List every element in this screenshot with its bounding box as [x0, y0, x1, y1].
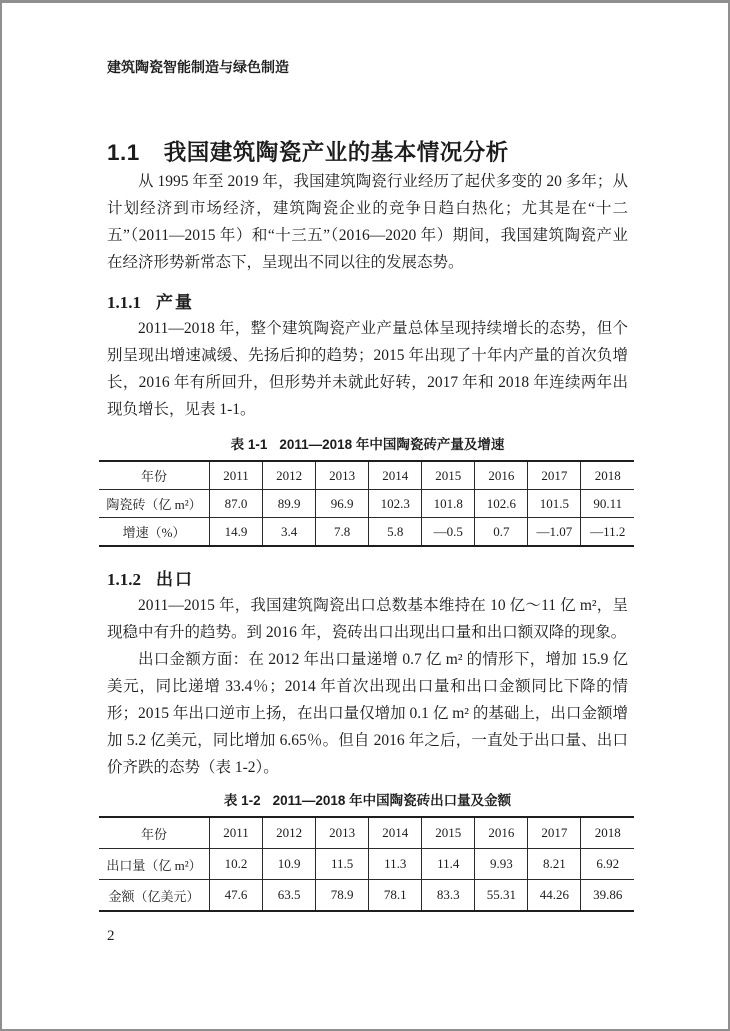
page-content: 建筑陶瓷智能制造与绿色制造 1.1我国建筑陶瓷产业的基本情况分析 从 1995 …	[2, 59, 728, 947]
row-label: 增速（%）	[99, 518, 210, 547]
column-header: 2014	[369, 817, 422, 849]
column-header: 2015	[422, 817, 475, 849]
row-label: 陶瓷砖（亿 m²）	[99, 490, 210, 518]
column-header: 2012	[263, 817, 316, 849]
column-header: 2012	[263, 461, 316, 490]
column-header: 2016	[475, 817, 528, 849]
cell: 89.9	[263, 490, 316, 518]
cell: 87.0	[210, 490, 263, 518]
cell: 8.21	[528, 849, 581, 880]
production-paragraph: 2011—2018 年，整个建筑陶瓷产业产量总体呈现持续增长的态势，但个别呈现出…	[107, 315, 628, 423]
column-header: 2011	[210, 817, 263, 849]
table-1-1-header-row: 年份 2011 2012 2013 2014 2015 2016 2017 20…	[99, 461, 634, 490]
column-header: 2017	[528, 817, 581, 849]
cell: 3.4	[263, 518, 316, 547]
cell: 39.86	[581, 880, 634, 912]
table-row: 陶瓷砖（亿 m²） 87.0 89.9 96.9 102.3 101.8 102…	[99, 490, 634, 518]
table-1-2-header-row: 年份 2011 2012 2013 2014 2015 2016 2017 20…	[99, 817, 634, 849]
column-header: 2014	[369, 461, 422, 490]
cell: 102.3	[369, 490, 422, 518]
cell: 78.1	[369, 880, 422, 912]
cell: 6.92	[581, 849, 634, 880]
cell: 5.8	[369, 518, 422, 547]
subsection-number: 1.1.1	[107, 293, 141, 312]
row-label: 出口量（亿 m²）	[99, 849, 210, 880]
subsection-heading-export: 1.1.2出口	[107, 567, 628, 592]
table-1-1-caption: 表 1-12011—2018 年中国陶瓷砖产量及增速	[107, 436, 628, 454]
running-head: 建筑陶瓷智能制造与绿色制造	[107, 59, 628, 76]
export-paragraph-2: 出口金额方面：在 2012 年出口量递增 0.7 亿 m² 的情形下，增加 15…	[107, 646, 628, 781]
export-paragraph-1: 2011—2015 年，我国建筑陶瓷出口总数基本维持在 10 亿～11 亿 m²…	[107, 592, 628, 646]
cell: —0.5	[422, 518, 475, 547]
column-header: 2018	[581, 461, 634, 490]
cell: 47.6	[210, 880, 263, 912]
cell: 11.5	[316, 849, 369, 880]
cell: 44.26	[528, 880, 581, 912]
column-header: 年份	[99, 817, 210, 849]
cell: 10.9	[263, 849, 316, 880]
cell: 78.9	[316, 880, 369, 912]
table-1-1-title: 2011—2018 年中国陶瓷砖产量及增速	[279, 437, 504, 452]
subsection-number: 1.1.2	[107, 570, 141, 589]
cell: 11.4	[422, 849, 475, 880]
intro-paragraph: 从 1995 年至 2019 年，我国建筑陶瓷行业经历了起伏多变的 20 多年；…	[107, 168, 628, 276]
column-header: 年份	[99, 461, 210, 490]
table-1-2-label: 表 1-2	[224, 793, 261, 808]
table-1-2-title: 2011—2018 年中国陶瓷砖出口量及金额	[273, 793, 512, 808]
subsection-heading-output: 1.1.1产量	[107, 290, 628, 315]
table-row: 金额（亿美元） 47.6 63.5 78.9 78.1 83.3 55.31 4…	[99, 880, 634, 912]
cell: 9.93	[475, 849, 528, 880]
cell: 0.7	[475, 518, 528, 547]
table-row: 出口量（亿 m²） 10.2 10.9 11.5 11.3 11.4 9.93 …	[99, 849, 634, 880]
column-header: 2015	[422, 461, 475, 490]
column-header: 2016	[475, 461, 528, 490]
row-label: 金额（亿美元）	[99, 880, 210, 912]
table-1-1-label: 表 1-1	[231, 437, 268, 452]
cell: 101.5	[528, 490, 581, 518]
table-row: 增速（%） 14.9 3.4 7.8 5.8 —0.5 0.7 —1.07 —1…	[99, 518, 634, 547]
cell: 90.11	[581, 490, 634, 518]
cell: —11.2	[581, 518, 634, 547]
column-header: 2013	[316, 461, 369, 490]
cell: 63.5	[263, 880, 316, 912]
cell: 101.8	[422, 490, 475, 518]
cell: 7.8	[316, 518, 369, 547]
column-header: 2013	[316, 817, 369, 849]
section-number: 1.1	[107, 140, 140, 165]
section-heading: 1.1我国建筑陶瓷产业的基本情况分析	[107, 138, 628, 168]
table-1-2-caption: 表 1-22011—2018 年中国陶瓷砖出口量及金额	[107, 792, 628, 810]
column-header: 2011	[210, 461, 263, 490]
book-page: 建筑陶瓷智能制造与绿色制造 1.1我国建筑陶瓷产业的基本情况分析 从 1995 …	[0, 0, 730, 1031]
cell: —1.07	[528, 518, 581, 547]
cell: 83.3	[422, 880, 475, 912]
table-1-2: 年份 2011 2012 2013 2014 2015 2016 2017 20…	[99, 816, 634, 912]
cell: 11.3	[369, 849, 422, 880]
column-header: 2017	[528, 461, 581, 490]
cell: 10.2	[210, 849, 263, 880]
page-number: 2	[107, 926, 628, 947]
cell: 55.31	[475, 880, 528, 912]
cell: 14.9	[210, 518, 263, 547]
section-title-text: 我国建筑陶瓷产业的基本情况分析	[164, 140, 509, 165]
subsection-title-text: 产量	[156, 293, 194, 312]
cell: 96.9	[316, 490, 369, 518]
cell: 102.6	[475, 490, 528, 518]
table-1-1: 年份 2011 2012 2013 2014 2015 2016 2017 20…	[99, 460, 634, 547]
subsection-title-text: 出口	[156, 570, 194, 589]
column-header: 2018	[581, 817, 634, 849]
